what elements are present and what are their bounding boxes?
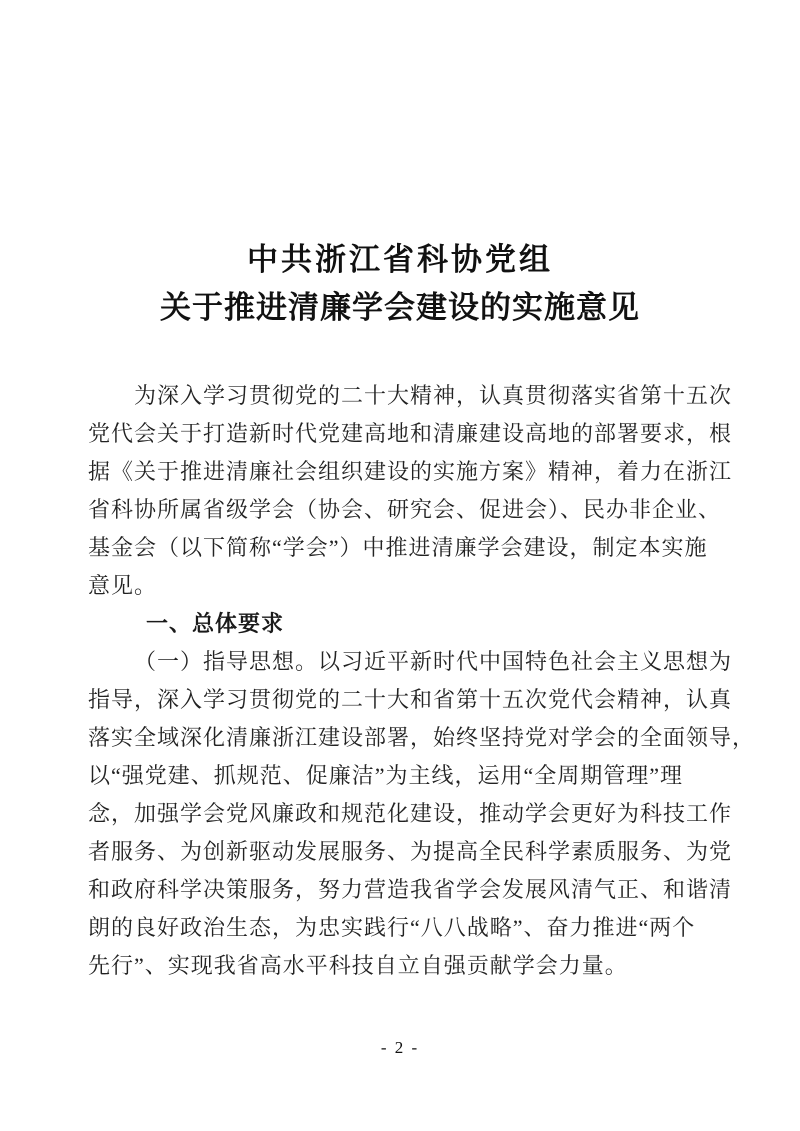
document-title-line-2: 关于推进清廉学会建设的实施意见 (0, 284, 800, 332)
body-line: 意见。 (88, 567, 720, 605)
body-line: 先行”、实现我省高水平科技自立自强贡献学会力量。 (88, 947, 720, 985)
document-page: 中共浙江省科协党组 关于推进清廉学会建设的实施意见 为深入学习贯彻党的二十大精神… (0, 0, 800, 1131)
document-title-line-1: 中共浙江省科协党组 (0, 236, 800, 284)
body-line: （一）指导思想。以习近平新时代中国特色社会主义思想为 (88, 643, 720, 681)
body-line: 基金会（以下简称“学会”）中推进清廉学会建设，制定本实施 (88, 529, 720, 567)
body-line: 落实全域深化清廉浙江建设部署，始终坚持党对学会的全面领导， (88, 719, 720, 757)
page-number: - 2 - (0, 1038, 800, 1058)
section-heading: 一、总体要求 (88, 605, 720, 643)
body-line: 以“强党建、抓规范、促廉洁”为主线，运用“全周期管理”理 (88, 757, 720, 795)
body-line: 为深入学习贯彻党的二十大精神，认真贯彻落实省第十五次 (88, 377, 720, 415)
body-line: 省科协所属省级学会（协会、研究会、促进会）、民办非企业、 (88, 491, 720, 529)
body-line: 朗的良好政治生态，为忠实践行“八八战略”、奋力推进“两个 (88, 909, 720, 947)
body-line: 和政府科学决策服务，努力营造我省学会发展风清气正、和谐清 (88, 871, 720, 909)
body-line: 指导，深入学习贯彻党的二十大和省第十五次党代会精神，认真 (88, 681, 720, 719)
body-line: 据《关于推进清廉社会组织建设的实施方案》精神，着力在浙江 (88, 453, 720, 491)
body-line: 者服务、为创新驱动发展服务、为提高全民科学素质服务、为党 (88, 833, 720, 871)
body-line: 念，加强学会党风廉政和规范化建设，推动学会更好为科技工作 (88, 795, 720, 833)
document-title: 中共浙江省科协党组 关于推进清廉学会建设的实施意见 (0, 236, 800, 332)
body-line: 党代会关于打造新时代党建高地和清廉建设高地的部署要求，根 (88, 415, 720, 453)
document-body: 为深入学习贯彻党的二十大精神，认真贯彻落实省第十五次党代会关于打造新时代党建高地… (88, 377, 720, 985)
